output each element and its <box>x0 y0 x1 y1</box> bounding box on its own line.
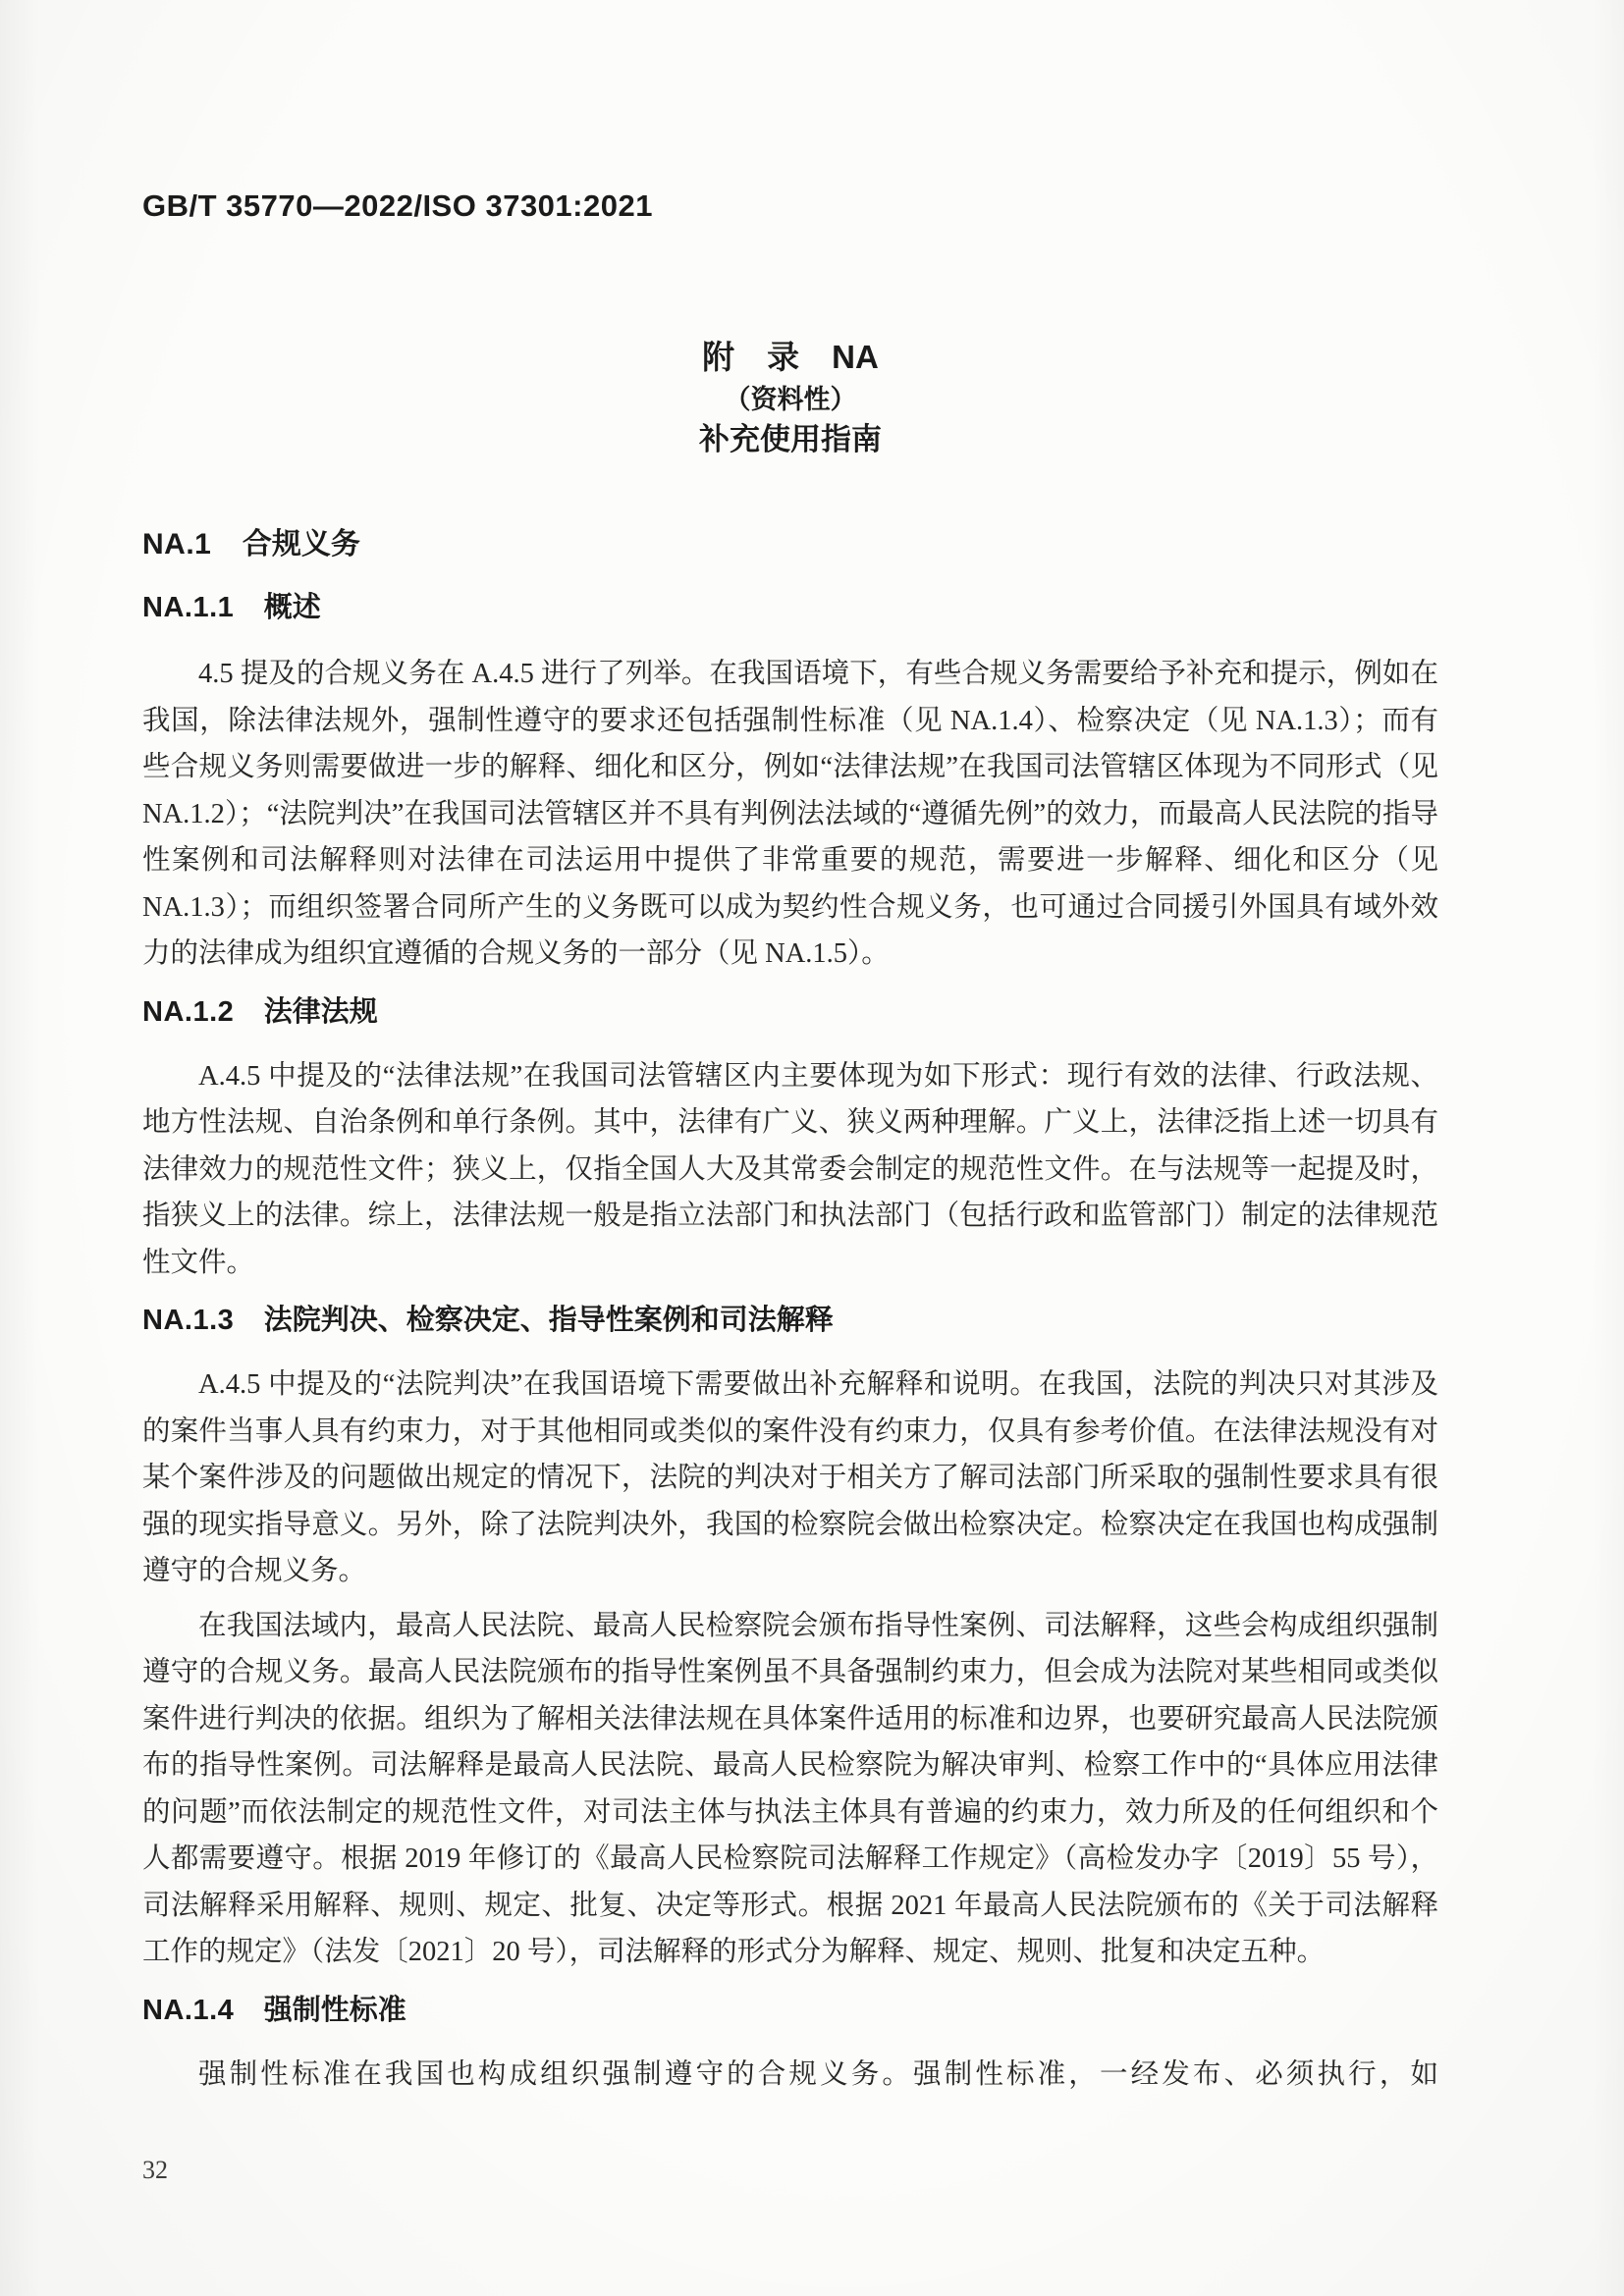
section-heading-na14: NA.1.4强制性标准 <box>142 1992 1438 2029</box>
appendix-classification: （资料性） <box>142 385 1438 414</box>
section-title-na12: 法律法规 <box>264 996 378 1028</box>
section-number-na14: NA.1.4 <box>142 1995 234 2026</box>
paragraph-na11-1: 4.5 提及的合规义务在 A.4.5 进行了列举。在我国语境下，有些合规义务需要… <box>142 651 1438 978</box>
paragraph-na14-1: 强制性标准在我国也构成组织强制遵守的合规义务。强制性标准，一经发布、必须执行，如 <box>142 2052 1438 2099</box>
standard-code-header: GB/T 35770—2022/ISO 37301:2021 <box>142 188 1438 224</box>
scanned-standard-page: GB/T 35770—2022/ISO 37301:2021 附 录 NA （资… <box>0 0 1624 2296</box>
section-number-na13: NA.1.3 <box>142 1305 234 1336</box>
paragraph-na13-1: A.4.5 中提及的“法院判决”在我国语境下需要做出补充解释和说明。在我国，法院… <box>142 1362 1438 1595</box>
section-heading-na13: NA.1.3法院判决、检察决定、指导性案例和司法解释 <box>142 1302 1438 1339</box>
page-content: GB/T 35770—2022/ISO 37301:2021 附 录 NA （资… <box>142 0 1438 2098</box>
section-heading-na1: NA.1合规义务 <box>142 526 1438 563</box>
section-number-na11: NA.1.1 <box>142 592 234 623</box>
section-heading-na11: NA.1.1概述 <box>142 589 1438 626</box>
paragraph-na12-1: A.4.5 中提及的“法律法规”在我国司法管辖区内主要体现为如下形式：现行有效的… <box>142 1053 1438 1287</box>
section-heading-na12: NA.1.2法律法规 <box>142 993 1438 1031</box>
paragraph-na13-2: 在我国法域内，最高人民法院、最高人民检察院会颁布指导性案例、司法解释，这些会构成… <box>142 1603 1438 1976</box>
section-title-na13: 法院判决、检察决定、指导性案例和司法解释 <box>264 1305 834 1336</box>
section-number-na1: NA.1 <box>142 528 211 561</box>
section-title-na1: 合规义务 <box>243 528 360 561</box>
section-title-na14: 强制性标准 <box>264 1995 406 2026</box>
appendix-label: 附 录 NA <box>142 338 1438 377</box>
section-number-na12: NA.1.2 <box>142 996 234 1028</box>
page-number: 32 <box>142 2156 168 2185</box>
section-title-na11: 概述 <box>264 592 321 623</box>
appendix-title: 补充使用指南 <box>142 424 1438 455</box>
